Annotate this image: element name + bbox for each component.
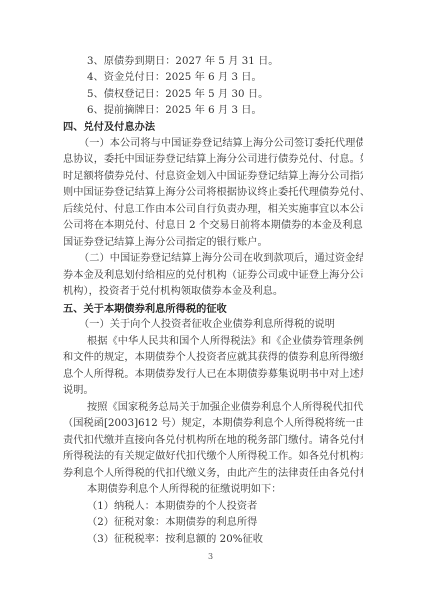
paragraph-line: 券利息个人所得税的代扣代缴义务，由此产生的法律责任由各兑付机构自行承担。 (63, 467, 363, 481)
paragraph-line: 说明。 (63, 384, 363, 398)
paragraph-line: （国税函[2003]612 号）规定，本期债券利息个人所得税将统一由各兑付机构负 (63, 417, 363, 431)
document-page: 3、原债券到期日：2027 年 5 月 31 日。 4、资金兑付日：2025 年… (0, 0, 424, 600)
paragraph-line: 息协议，委托中国证券登记结算上海分公司进行债券兑付、付息。如本公司未按 (63, 153, 363, 167)
paragraph-line: 公司将在本期兑付、付息日 2 个交易日前将本期债券的本金及利息足额划付至中 (63, 219, 363, 233)
paragraph-line: （二）中国证券登记结算上海分公司在收到款项后，通过资金结算系统将债 (79, 252, 363, 266)
item-maturity-date: 3、原债券到期日：2027 年 5 月 31 日。 (87, 55, 387, 69)
paragraph-line: 责代扣代缴并直接向各兑付机构所在地的税务部门缴付。请各兑付机构按照个人 (63, 434, 363, 448)
list-item: （3）征税税率：按利息额的 20%征收 (87, 533, 387, 547)
paragraph-line: 后续兑付、付息工作由本公司自行负责办理，相关实施事宜以本公司的公告为准。 (63, 203, 363, 217)
item-registration-date: 5、债权登记日：2025 年 5 月 30 日。 (87, 88, 387, 102)
paragraph-line: 息个人所得税。本期债券发行人已在本期债券募集说明书中对上述规定予以明确 (63, 368, 363, 382)
item-delisting-date: 6、提前摘牌日：2025 年 6 月 3 日。 (87, 104, 387, 118)
paragraph-line: 时足额将债券兑付、付息资金划入中国证券登记结算上海分公司指定的银行账户， (63, 170, 363, 184)
paragraph-line: 国证券登记结算上海分公司指定的银行账户。 (63, 236, 363, 250)
page-number: 3 (208, 552, 213, 561)
paragraph-line: 根据《中华人民共和国个人所得税法》和《企业债券管理条例》等相关法规 (87, 335, 363, 349)
list-item: （1）纳税人：本期债券的个人投资者 (87, 500, 387, 514)
paragraph-line: 和文件的规定，本期债券个人投资者应就其获得的债券利息所得缴纳企业债券利 (63, 351, 363, 365)
paragraph-line: （一）本公司将与中国证券登记结算上海分公司签订委托代理债券兑付、付 (79, 137, 363, 151)
paragraph-line: 所得税法的有关规定做好代扣代缴个人所得税工作。如各兑付机构未履行上述债 (63, 450, 363, 464)
paragraph-line: 机构），投资者于兑付机构领取债券本金及利息。 (63, 285, 363, 299)
subsection-heading: （一）关于向个人投资者征收企业债券利息所得税的说明 (79, 318, 363, 332)
section-heading: 五、关于本期债券利息所得税的征收 (63, 302, 363, 316)
section-heading: 四、兑付及付息办法 (63, 120, 363, 134)
paragraph-line: 按照《国家税务总局关于加强企业债券利息个人所得税代扣代缴工作的通知》 (87, 401, 363, 415)
list-item: （2）征税对象：本期债券的利息所得 (87, 516, 387, 530)
paragraph-line: 则中国证券登记结算上海分公司将根据协议终止委托代理债券兑付、付息服务， (63, 186, 363, 200)
item-payment-date: 4、资金兑付日：2025 年 6 月 3 日。 (87, 71, 387, 85)
paragraph-line: 本期债券利息个人所得税的征缴说明如下： (87, 483, 387, 497)
paragraph-line: 券本金及利息划付给相应的兑付机构（证券公司或中证登上海分公司认可的其他 (63, 269, 363, 283)
